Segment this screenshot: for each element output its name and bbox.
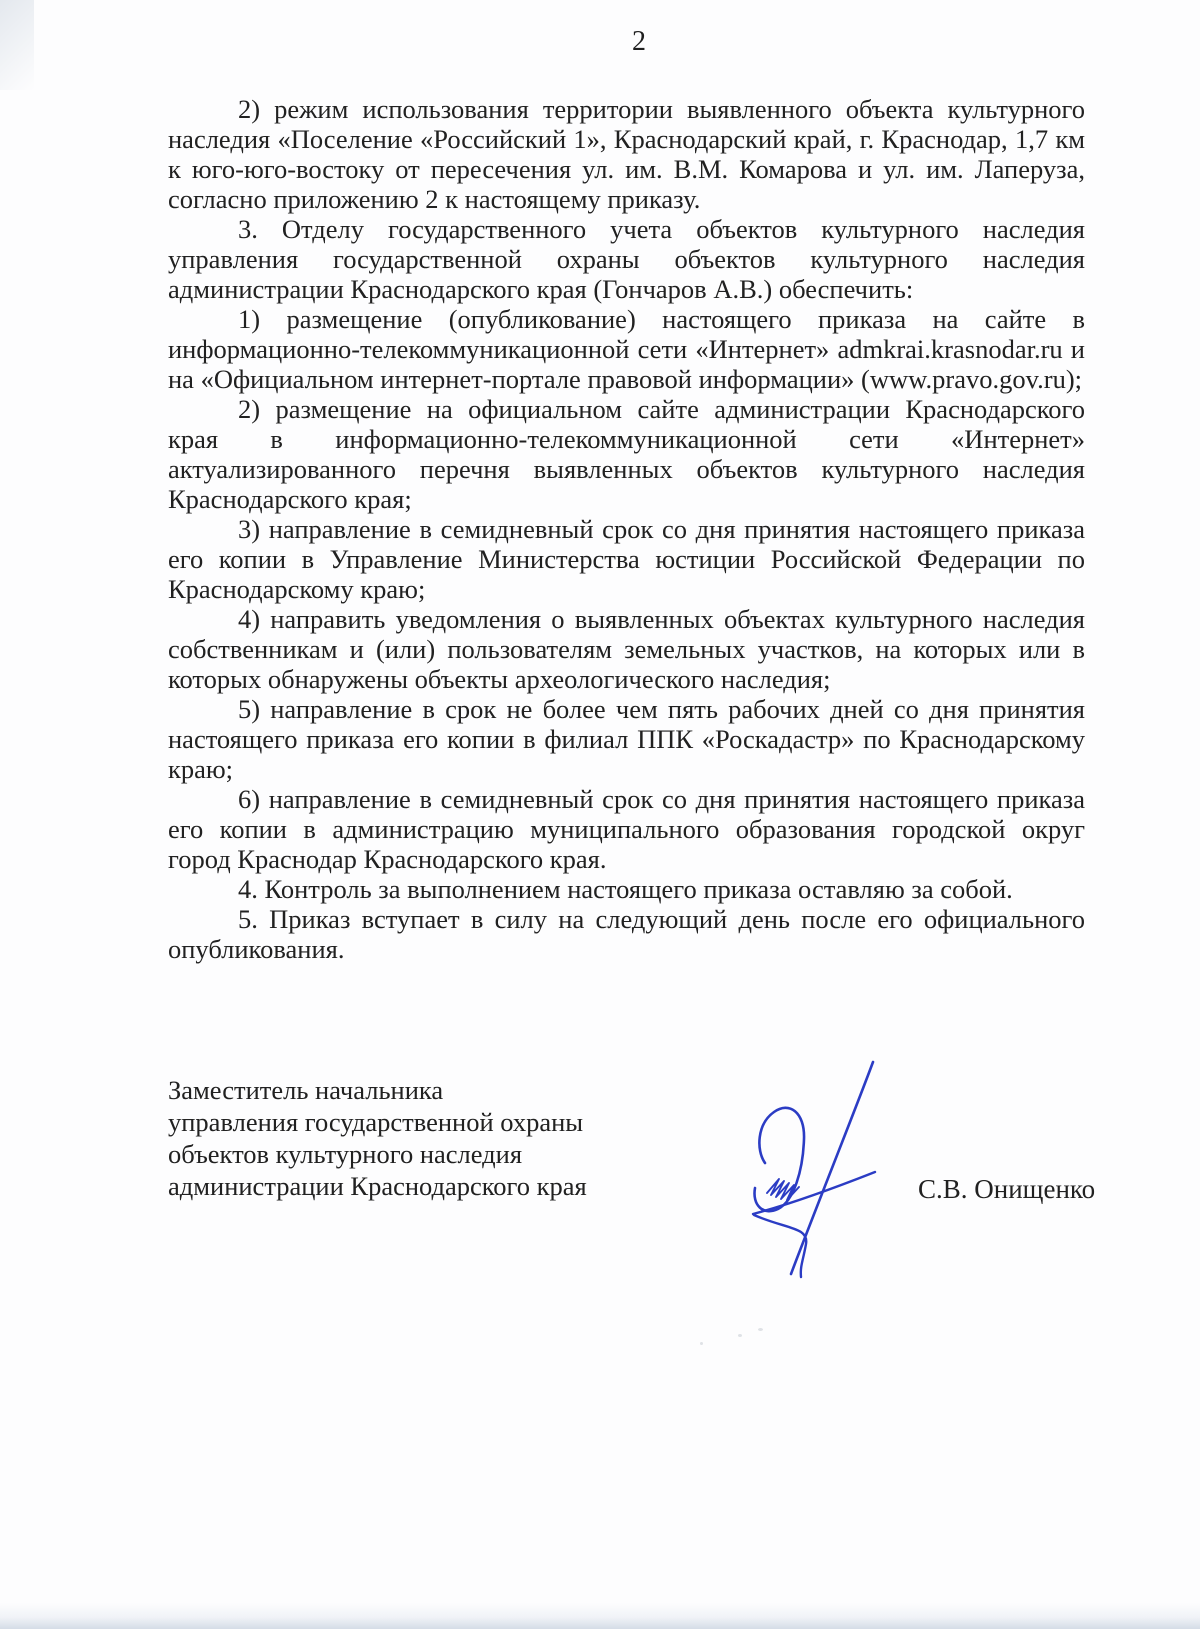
- paragraph-4-control: 4. Контроль за выполнением настоящего пр…: [168, 874, 1085, 904]
- signatory-title-line-4: администрации Краснодарского края: [168, 1170, 688, 1202]
- page-number: 2: [624, 26, 654, 58]
- handwritten-signature-ink: [690, 1000, 910, 1300]
- signatory-title: Заместитель начальника управления госуда…: [168, 1074, 688, 1202]
- subparagraph-6-municipality: 6) направление в семидневный срок со дня…: [168, 784, 1085, 874]
- scan-speck: [738, 1334, 742, 1337]
- signatory-title-line-2: управления государственной охраны: [168, 1106, 688, 1138]
- paragraph-5-entry-into-force: 5. Приказ вступает в силу на следующий д…: [168, 904, 1085, 964]
- subparagraph-2-site-list: 2) размещение на официальном сайте админ…: [168, 394, 1085, 514]
- subparagraph-1-publication: 1) размещение (опубликование) настоящего…: [168, 304, 1085, 394]
- subparagraph-3-justice-ministry: 3) направление в семидневный срок со дня…: [168, 514, 1085, 604]
- scan-artifact-bottom-band: [0, 1603, 1200, 1629]
- scan-speck: [700, 1342, 703, 1345]
- paragraph-2-usage-regime: 2) режим использования территории выявле…: [168, 94, 1085, 214]
- scan-artifact-top-left: [0, 0, 34, 90]
- scan-speck: [758, 1328, 763, 1331]
- document-body: 2) режим использования территории выявле…: [168, 94, 1085, 964]
- paragraph-3-department-duty: 3. Отделу государственного учета объекто…: [168, 214, 1085, 304]
- subparagraph-5-roskadastr: 5) направление в срок не более чем пять …: [168, 694, 1085, 784]
- signatory-name: С.В. Онищенко: [918, 1174, 1095, 1205]
- signatory-title-line-1: Заместитель начальника: [168, 1074, 688, 1106]
- signatory-title-line-3: объектов культурного наследия: [168, 1138, 688, 1170]
- document-page: 2 2) режим использования территории выяв…: [0, 0, 1200, 1629]
- subparagraph-4-notifications: 4) направить уведомления о выявленных об…: [168, 604, 1085, 694]
